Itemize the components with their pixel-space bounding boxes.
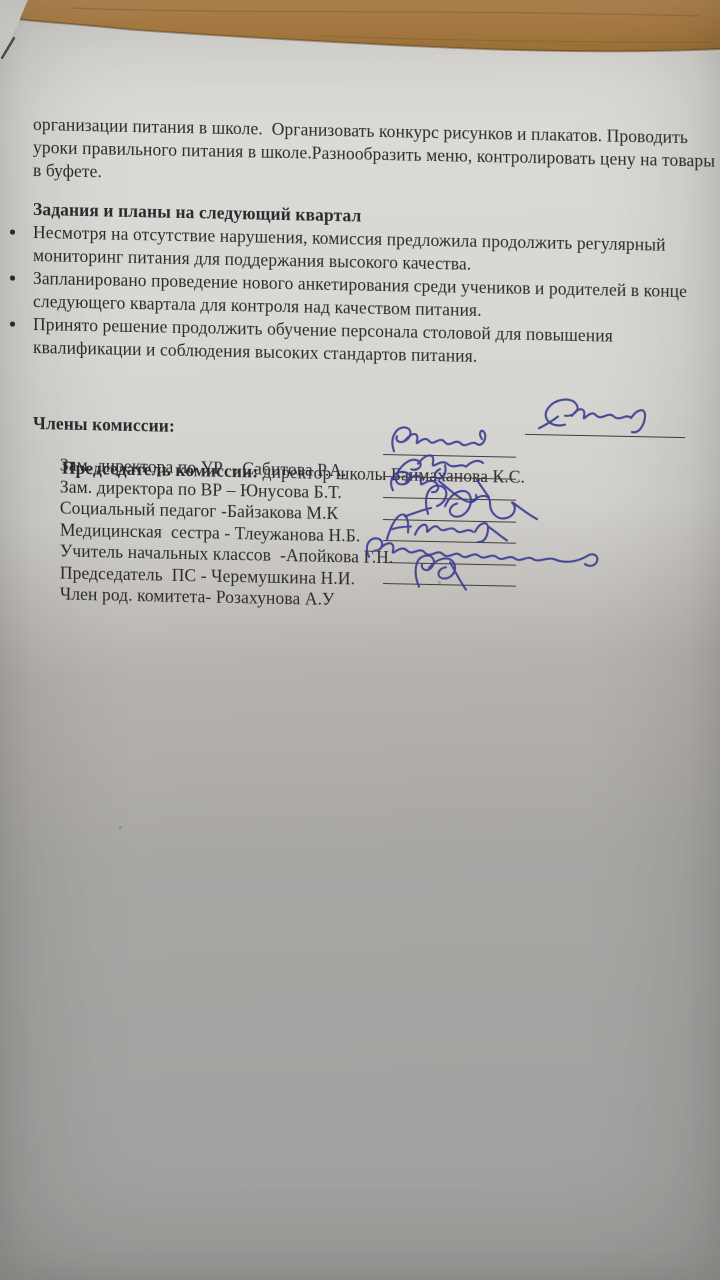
desk-corner-highlight <box>0 0 28 60</box>
plans-bullet-list: Несмотря на отсутствие нарушения, комисс… <box>33 221 687 372</box>
signature-line <box>383 566 516 587</box>
paper-speck <box>438 581 441 584</box>
document-content: организации питания в школе. Организоват… <box>33 113 720 128</box>
member-label: Член род. комитета- Розахунова А.У <box>60 584 335 610</box>
signature-baimakhanova <box>531 394 661 439</box>
intro-paragraph: организации питания в школе. Организоват… <box>33 113 715 196</box>
bullet-marker-icon <box>10 230 15 235</box>
signature-line-chairman <box>525 420 685 438</box>
bullet-marker-icon <box>10 276 15 281</box>
signature-rozakhunova <box>399 550 494 594</box>
bullet-marker-icon <box>10 322 15 327</box>
member-row: Член род. комитета- Розахунова А.У <box>33 559 335 587</box>
wooden-desk-surface <box>0 0 720 60</box>
photographed-document-page: организации питания в школе. Организоват… <box>0 0 720 1280</box>
paper-speck <box>119 826 122 829</box>
